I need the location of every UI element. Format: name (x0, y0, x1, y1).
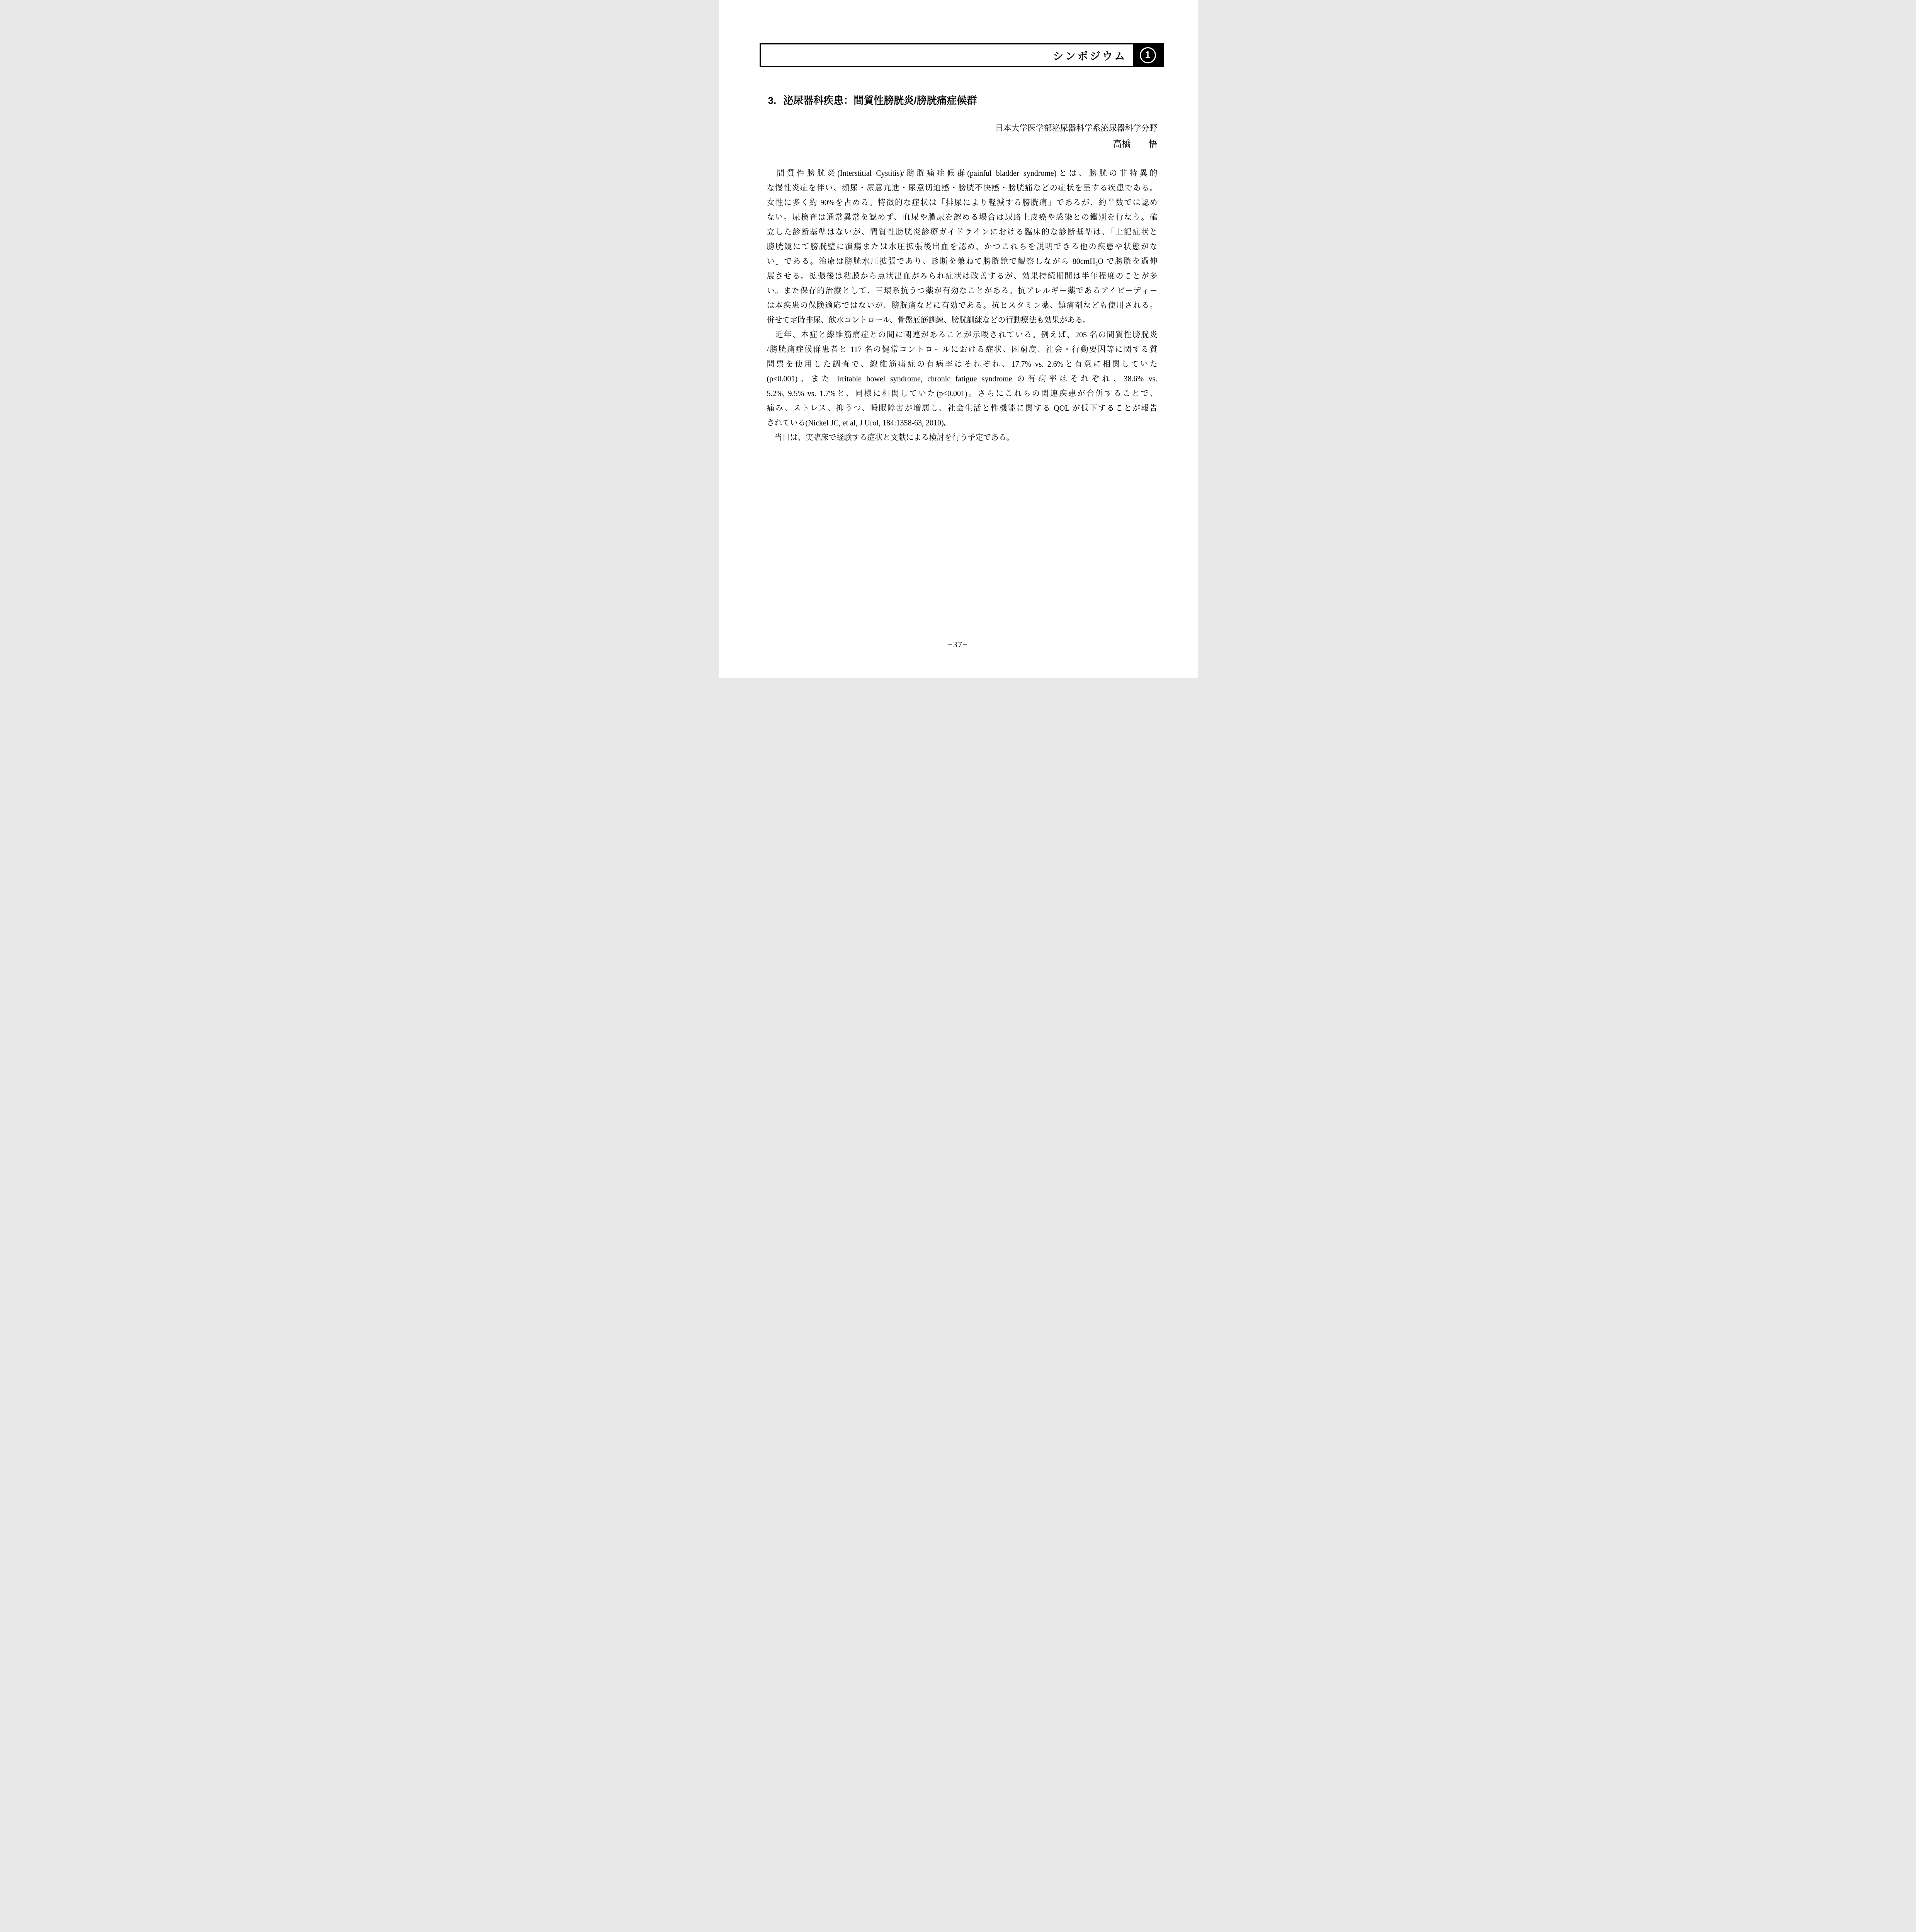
affiliation: 日本大学医学部泌尿器科学系泌尿器科学分野 (995, 122, 1158, 134)
byline: 日本大学医学部泌尿器科学系泌尿器科学分野 高橋 悟 (995, 122, 1158, 150)
banner-title: シンポジウム (1053, 48, 1127, 63)
text-line: 当日は、実臨床で経験する症状と文献による検討を行う予定である。 (767, 430, 1158, 445)
text-line: い」である。治療は膀胱水圧拡張であり、診断を兼ねて膀胱鏡で観察しながら 80cm… (767, 254, 1158, 269)
title-text: 泌尿器科疾患：間質性膀胱炎/膀胱痛症候群 (783, 95, 977, 106)
text-line: い。また保存的治療として、三環系抗うつ薬が有効なことがある。抗アレルギー薬である… (767, 284, 1158, 298)
text-line: 膀胱鏡にて膀胱壁に潰瘍または水圧拡張後出血を認め、かつこれらを説明できる他の疾患… (767, 240, 1158, 254)
paragraph: 当日は、実臨床で経験する症状と文献による検討を行う予定である。 (767, 430, 1158, 445)
text-line: (p<0.001)。また irritable bowel syndrome, c… (767, 372, 1158, 386)
circled-number-icon: 1 (1140, 47, 1156, 63)
text-line: /膀胱痛症候群患者と 117 名の健常コントロールにおける症状、困窮度、社会・行… (767, 342, 1158, 357)
text-line: 展させる。拡張後は粘膜から点状出血がみられ症状は改善するが、効果持続期間は半年程… (767, 269, 1158, 284)
text-line: 5.2%, 9.5% vs. 1.7%と、同様に相関していた(p<0.001)。… (767, 386, 1158, 401)
banner-number-box: 1 (1133, 44, 1163, 66)
text-line: な慢性炎症を伴い、頻尿・尿意亢進・尿意切迫感・膀胱不快感・膀胱痛などの症状を呈す… (767, 181, 1158, 196)
text-line: 痛み、ストレス、抑うつ、睡眠障害が増悪し、社会生活と性機能に関する QOL が低… (767, 401, 1158, 416)
text-line: 近年、本症と線維筋痛症との間に関連があることが示唆されている。例えば、205 名… (767, 328, 1158, 342)
text-line: ない。尿検査は通常異常を認めず、血尿や膿尿を認める場合は尿路上皮癌や感染との鑑別… (767, 210, 1158, 225)
abstract-body: 間質性膀胱炎(Interstitial Cystitis)/膀胱痛症候群(pai… (767, 166, 1158, 445)
text-line: されている(Nickel JC, et al, J Urol, 184:1358… (767, 416, 1158, 430)
text-line: 間質性膀胱炎(Interstitial Cystitis)/膀胱痛症候群(pai… (767, 166, 1158, 181)
document-page: シンポジウム 1 3.泌尿器科疾患：間質性膀胱炎/膀胱痛症候群 日本大学医学部泌… (719, 0, 1198, 678)
author-name: 高橋 悟 (995, 138, 1158, 150)
text-line: 女性に多く約 90%を占める。特徴的な症状は「排尿により軽減する膀胱痛」であるが… (767, 196, 1158, 210)
paragraph: 近年、本症と線維筋痛症との間に関連があることが示唆されている。例えば、205 名… (767, 328, 1158, 430)
abstract-title: 3.泌尿器科疾患：間質性膀胱炎/膀胱痛症候群 (768, 93, 977, 107)
symposium-banner: シンポジウム 1 (760, 43, 1164, 67)
paragraph: 間質性膀胱炎(Interstitial Cystitis)/膀胱痛症候群(pai… (767, 166, 1158, 328)
text-line: は本疾患の保険適応ではないが、膀胱痛などに有効である。抗ヒスタミン薬、鎮痛剤など… (767, 298, 1158, 313)
text-line: 立した診断基準はないが、間質性膀胱炎診療ガイドラインにおける臨床的な診断基準は、… (767, 225, 1158, 240)
text-line: 問票を使用した調査で、線維筋痛症の有病率はそれぞれ、17.7% vs. 2.6%… (767, 357, 1158, 372)
page-number: −37− (719, 640, 1198, 650)
text-line: 併せて定時排尿、飲水コントロール、骨盤底筋訓練、膀胱訓練などの行動療法も効果があ… (767, 313, 1158, 328)
title-number: 3. (768, 95, 777, 106)
